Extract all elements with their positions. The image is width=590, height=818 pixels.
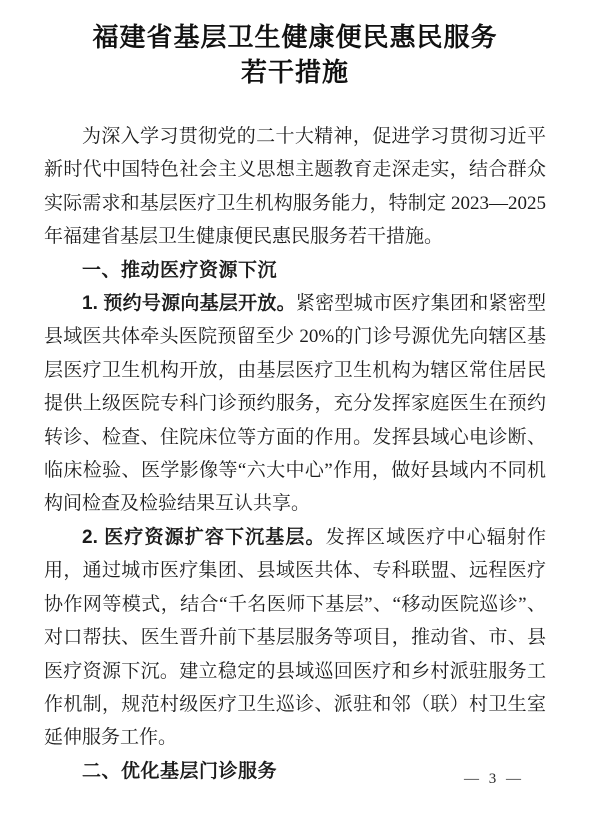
measure-2-paragraph: 2. 医疗资源扩容下沉基层。发挥区域医疗中心辐射作用，通过城市医疗集团、县域医共… <box>44 521 546 755</box>
document-title: 福建省基层卫生健康便民惠民服务 若干措施 <box>44 20 546 90</box>
document-body: 为深入学习贯彻党的二十大精神，促进学习贯彻习近平新时代中国特色社会主义思想主题教… <box>44 120 546 788</box>
title-line-1: 福建省基层卫生健康便民惠民服务 <box>44 20 546 55</box>
title-line-2: 若干措施 <box>44 55 546 90</box>
measure-2-text: 发挥区域医疗中心辐射作用，通过城市医疗集团、县域医共体、专科联盟、远程医疗协作网… <box>44 527 546 748</box>
page-number: — 3 — <box>464 771 524 788</box>
measure-1-lead: 1. 预约号源向基层开放。 <box>82 293 296 314</box>
document-page: 福建省基层卫生健康便民惠民服务 若干措施 为深入学习贯彻党的二十大精神，促进学习… <box>0 0 590 818</box>
measure-2-lead: 2. 医疗资源扩容下沉基层。 <box>82 527 326 548</box>
section-1-heading: 一、推动医疗资源下沉 <box>44 254 546 287</box>
measure-1-paragraph: 1. 预约号源向基层开放。紧密型城市医疗集团和紧密型县域医共体牵头医院预留至少 … <box>44 287 546 521</box>
measure-1-text: 紧密型城市医疗集团和紧密型县域医共体牵头医院预留至少 20%的门诊号源优先向辖区… <box>44 293 546 514</box>
intro-paragraph: 为深入学习贯彻党的二十大精神，促进学习贯彻习近平新时代中国特色社会主义思想主题教… <box>44 120 546 254</box>
